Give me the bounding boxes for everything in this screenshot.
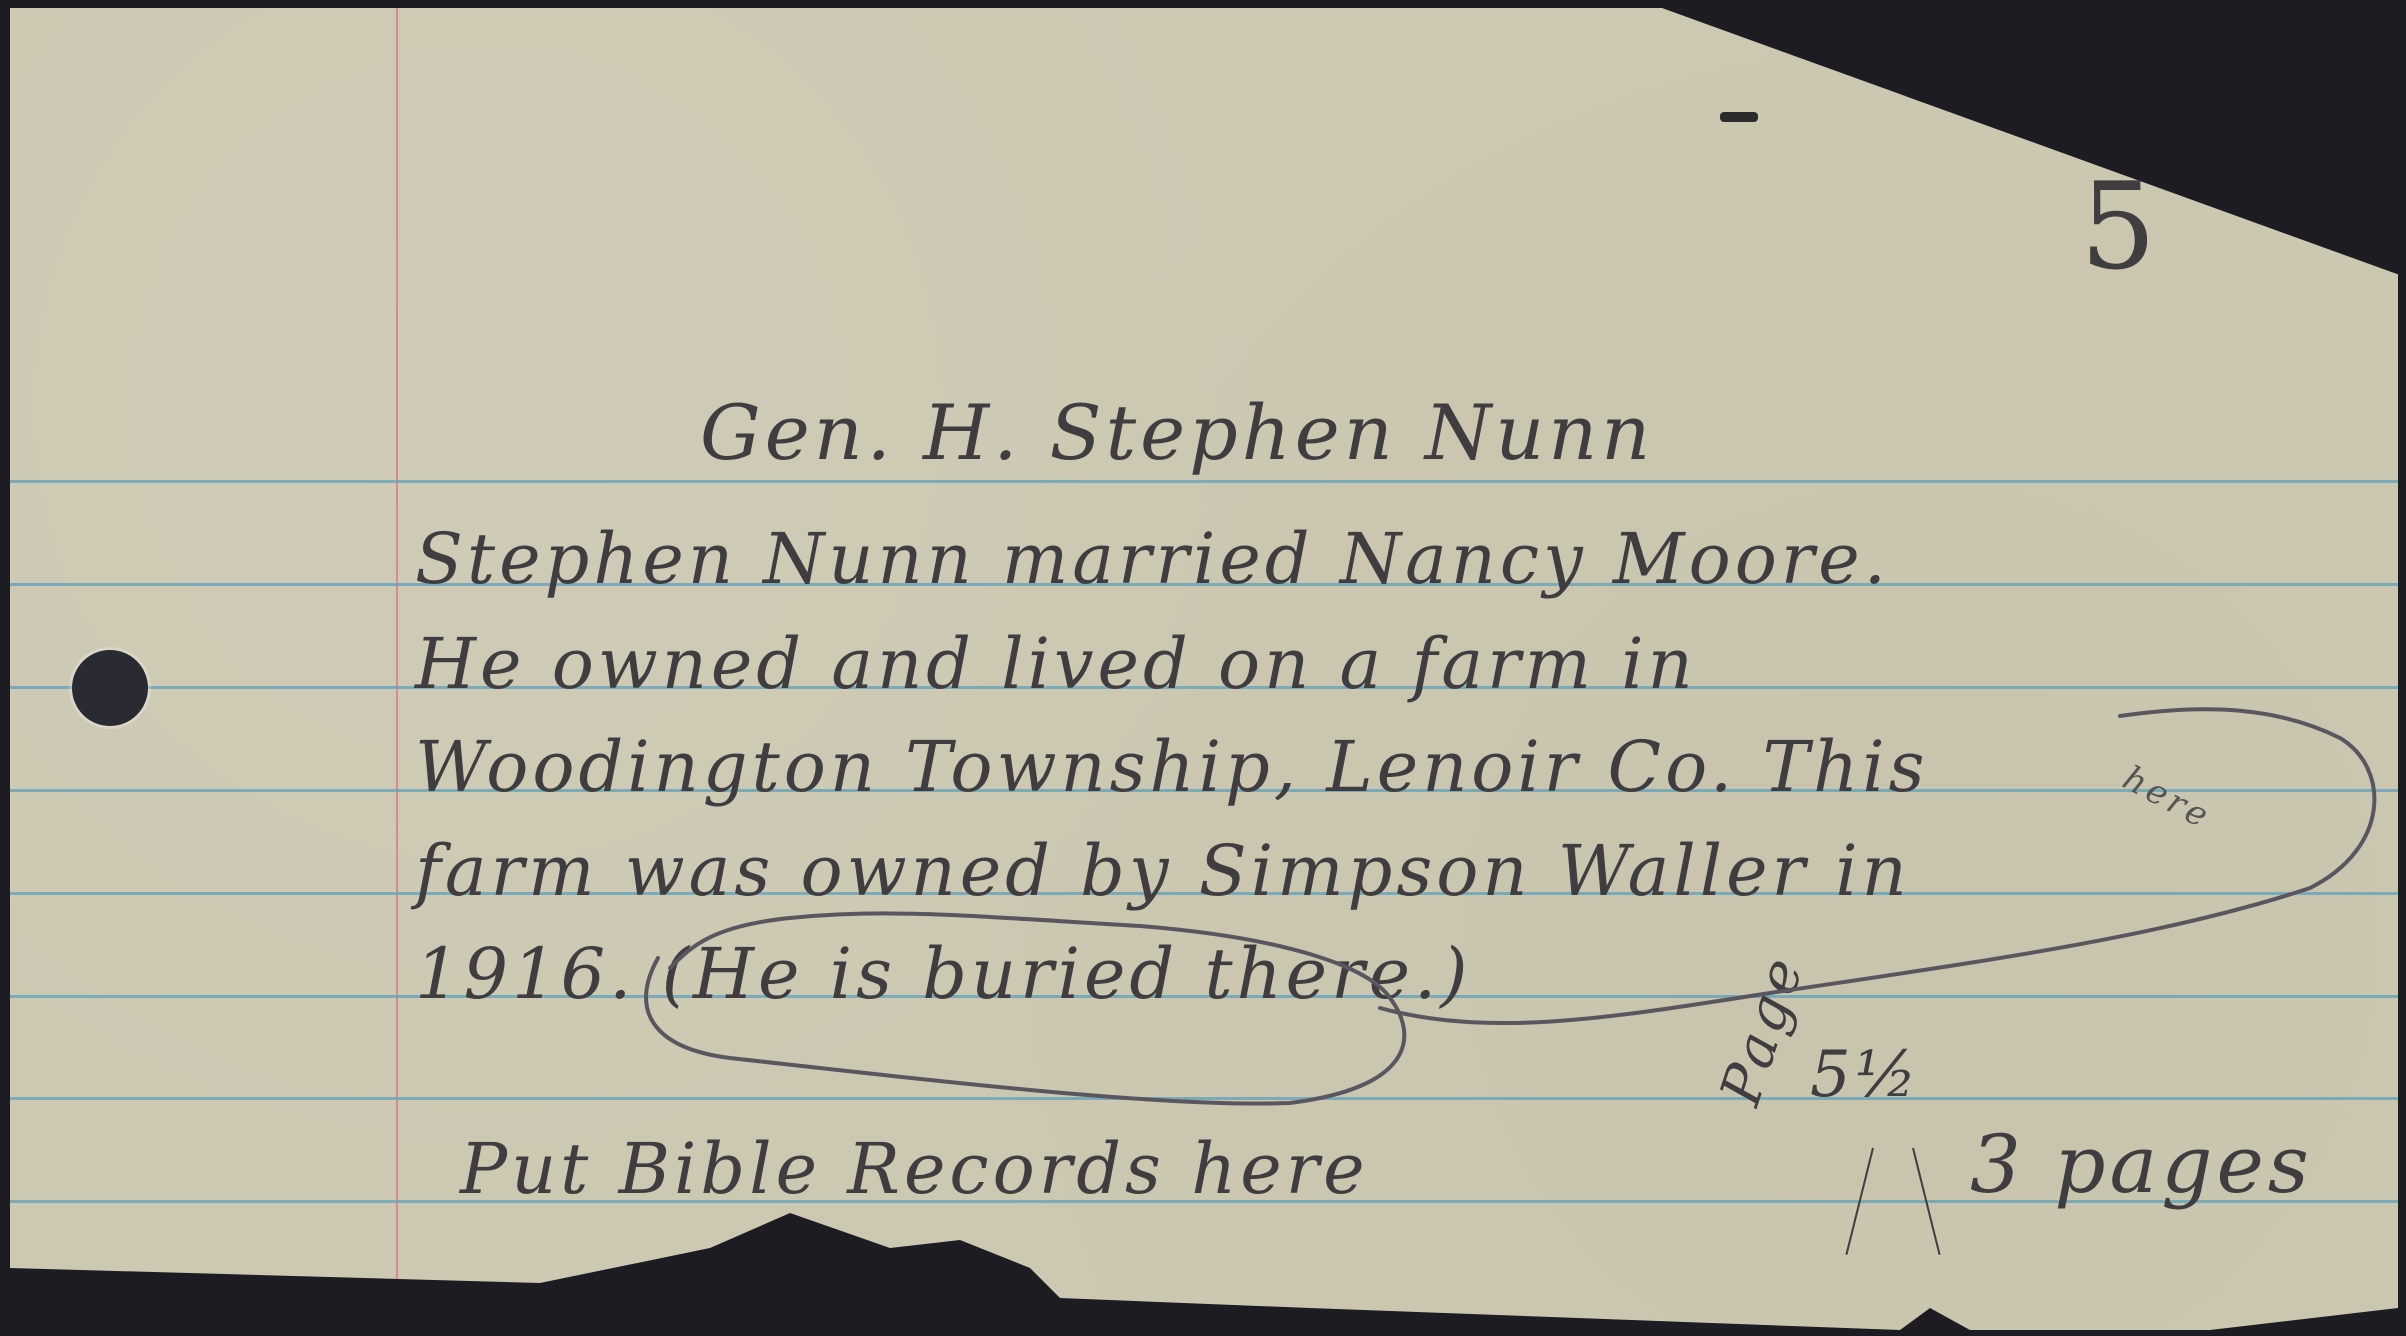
loop-annotation-this-here bbox=[1380, 709, 2374, 1023]
pencil-circle-annotations bbox=[10, 8, 2398, 1336]
handwritten-note-paper: 5 Gen. H. Stephen Nunn Stephen Nunn marr… bbox=[10, 8, 2398, 1336]
circle-annotation-buried bbox=[646, 913, 1404, 1103]
